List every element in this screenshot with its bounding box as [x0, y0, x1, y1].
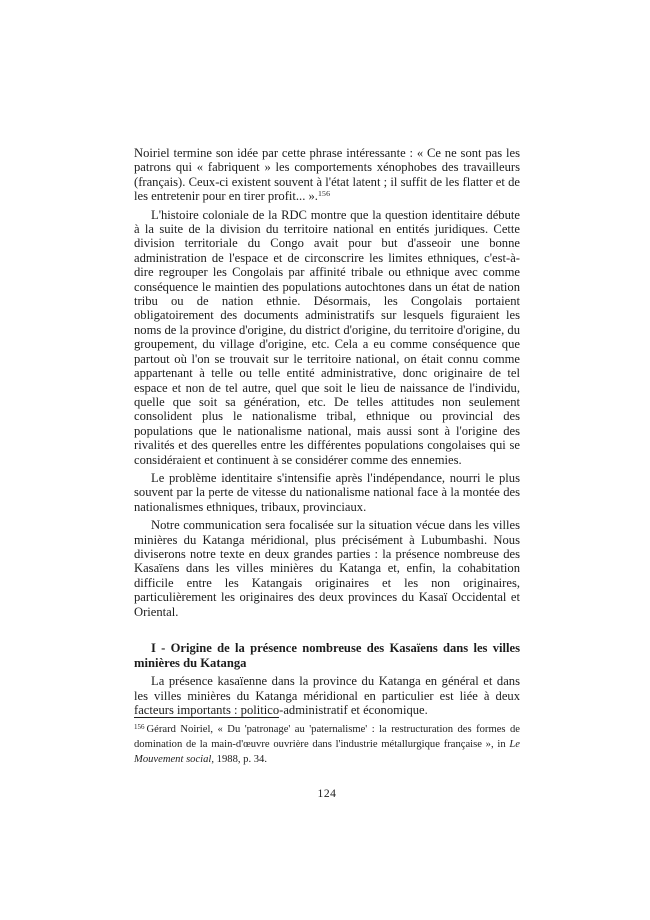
footnote-rule [134, 717, 279, 718]
footnote-marker: 156 [134, 723, 145, 731]
footnote: 156Gérard Noiriel, « Du 'patronage' au '… [134, 722, 520, 767]
paragraph: L'histoire coloniale de la RDC montre qu… [134, 208, 520, 467]
document-page: Noiriel termine son idée par cette phras… [0, 0, 650, 920]
text-block: Noiriel termine son idée par cette phras… [134, 146, 520, 717]
section-heading: I - Origine de la présence nombreuse des… [134, 641, 520, 670]
footnote-reference: 156 [318, 189, 330, 198]
footnote-citation-tail: , 1988, p. 34. [211, 754, 267, 765]
page-number: 124 [134, 787, 520, 800]
paragraph: Notre communication sera focalisée sur l… [134, 518, 520, 619]
paragraph: Noiriel termine son idée par cette phras… [134, 146, 520, 204]
paragraph: Le problème identitaire s'intensifie apr… [134, 471, 520, 514]
paragraph: La présence kasaïenne dans la province d… [134, 674, 520, 717]
footnote-citation-text: Gérard Noiriel, « Du 'patronage' au 'pat… [134, 724, 520, 750]
footnote-block: 156Gérard Noiriel, « Du 'patronage' au '… [134, 717, 520, 767]
